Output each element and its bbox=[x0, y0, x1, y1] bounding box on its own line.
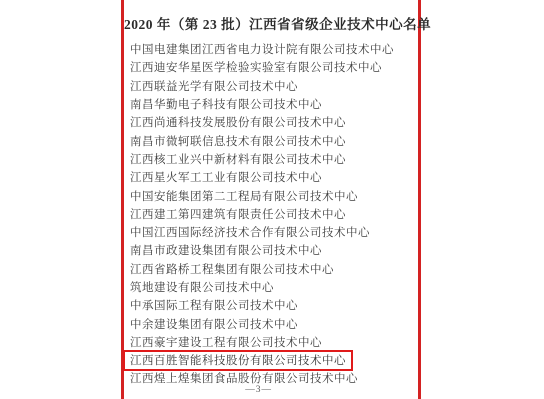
list-item: 江西尚通科技发展股份有限公司技术中心 bbox=[130, 113, 418, 131]
company-name: 江西省路桥工程集团有限公司技术中心 bbox=[130, 261, 334, 277]
list-item: 江西煌上煌集团食品股份有限公司技术中心 bbox=[130, 369, 418, 387]
list-item: 江西星火军工工业有限公司技术中心 bbox=[130, 168, 418, 186]
list-item: 南昌华勤电子科技有限公司技术中心 bbox=[130, 95, 418, 113]
page-title: 2020 年（第 23 批）江西省省级企业技术中心名单 bbox=[124, 13, 418, 33]
document-page: 2020 年（第 23 批）江西省省级企业技术中心名单 中国电建集团江西省电力设… bbox=[0, 0, 544, 399]
company-name: 江西迪安华星医学检验实验室有限公司技术中心 bbox=[130, 59, 382, 75]
company-list: 中国电建集团江西省电力设计院有限公司技术中心江西迪安华星医学检验实验室有限公司技… bbox=[130, 40, 418, 388]
list-item: 中余建设集团有限公司技术中心 bbox=[130, 314, 418, 332]
company-name: 中国电建集团江西省电力设计院有限公司技术中心 bbox=[130, 41, 394, 57]
company-name: 江西核工业兴中新材料有限公司技术中心 bbox=[130, 151, 346, 167]
company-name: 中国安能集团第二工程局有限公司技术中心 bbox=[130, 188, 358, 204]
list-item: 中国江西国际经济技术合作有限公司技术中心 bbox=[130, 223, 418, 241]
list-item-highlighted: 江西百胜智能科技股份有限公司技术中心 bbox=[130, 351, 418, 369]
list-item: 南昌市政建设集团有限公司技术中心 bbox=[130, 241, 418, 259]
list-item: 江西联益光学有限公司技术中心 bbox=[130, 77, 418, 95]
company-name: 江西尚通科技发展股份有限公司技术中心 bbox=[130, 114, 346, 130]
list-item: 江西迪安华星医学检验实验室有限公司技术中心 bbox=[130, 58, 418, 76]
company-name: 南昌市微轲联信息技术有限公司技术中心 bbox=[130, 133, 346, 149]
company-name: 江西联益光学有限公司技术中心 bbox=[130, 78, 298, 94]
company-name: 江西建工第四建筑有限责任公司技术中心 bbox=[130, 206, 346, 222]
list-item: 江西核工业兴中新材料有限公司技术中心 bbox=[130, 150, 418, 168]
list-item: 南昌市微轲联信息技术有限公司技术中心 bbox=[130, 131, 418, 149]
company-name: 江西百胜智能科技股份有限公司技术中心 bbox=[123, 350, 353, 371]
list-item: 筑地建设有限公司技术中心 bbox=[130, 278, 418, 296]
company-name: 江西豪宇建设工程有限公司技术中心 bbox=[130, 334, 322, 350]
company-name: 中承国际工程有限公司技术中心 bbox=[130, 297, 298, 313]
company-name: 南昌华勤电子科技有限公司技术中心 bbox=[130, 96, 322, 112]
list-item: 中国安能集团第二工程局有限公司技术中心 bbox=[130, 186, 418, 204]
company-name: 江西星火军工工业有限公司技术中心 bbox=[130, 169, 322, 185]
company-name: 江西煌上煌集团食品股份有限公司技术中心 bbox=[130, 370, 358, 386]
company-name: 筑地建设有限公司技术中心 bbox=[130, 279, 274, 295]
list-item: 江西豪宇建设工程有限公司技术中心 bbox=[130, 333, 418, 351]
company-name: 南昌市政建设集团有限公司技术中心 bbox=[130, 242, 322, 258]
page-number: —3— bbox=[245, 385, 272, 395]
document-content: 2020 年（第 23 批）江西省省级企业技术中心名单 中国电建集团江西省电力设… bbox=[124, 0, 418, 399]
company-name: 中国江西国际经济技术合作有限公司技术中心 bbox=[130, 224, 370, 240]
list-item: 中承国际工程有限公司技术中心 bbox=[130, 296, 418, 314]
right-red-rule bbox=[418, 0, 421, 399]
list-item: 江西建工第四建筑有限责任公司技术中心 bbox=[130, 205, 418, 223]
list-item: 江西省路桥工程集团有限公司技术中心 bbox=[130, 260, 418, 278]
list-item: 中国电建集团江西省电力设计院有限公司技术中心 bbox=[130, 40, 418, 58]
company-name: 中余建设集团有限公司技术中心 bbox=[130, 316, 298, 332]
